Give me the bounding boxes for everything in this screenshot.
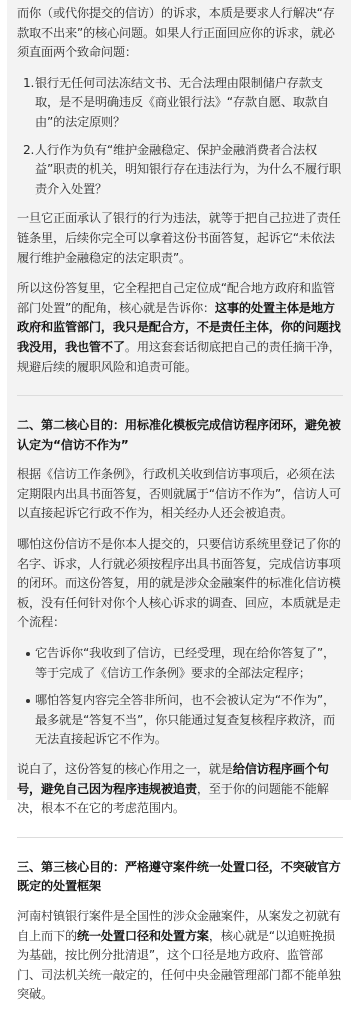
summary-paragraph: 说白了，这份答复的核心作用之一，就是给信访程序画个句号，避免自己因为程序违规被追…: [17, 760, 343, 800]
question-text: 银行无任何司法冻结文书、无合法理由限制储户存款支取，是不是明确违反《商业银行法》…: [35, 76, 329, 129]
bullet-text: 哪怕答复内容完全答非所问，也不会被认定为“不作为”，最多就是“答复不当”，你只能…: [35, 693, 335, 746]
bullet-item: 哪怕答复内容完全答非所问，也不会被认定为“不作为”，最多就是“答复不当”，你只能…: [17, 691, 343, 750]
regulation-paragraph: 根据《信访工作条例》，行政机关收到信访事项后，必须在法定期限内出具书面答复，否则…: [17, 465, 343, 524]
bullet-text: 它告诉你“我收到了信访，已经受理，现在给你答复了”，等于完成了《信访工作条例》要…: [35, 646, 335, 680]
responsibility-paragraph: 一旦它正面承认了银行的行为违法，就等于把自己拉进了责任链条里，后续你完全可以拿着…: [17, 209, 343, 268]
question-text: 人行作为负有“维护金融稳定、保护金融消费者合法权益”职责的机关，明知银行存在违法…: [35, 143, 341, 196]
text-run: 说白了，这份答复的核心作用之一，就是: [17, 762, 233, 776]
question-item: 1. 银行无任何司法冻结文书、无合法理由限制储户存款支取，是不是明确违反《商业银…: [17, 74, 343, 133]
bullet-dot-icon: [26, 652, 30, 656]
bullet-item: 它告诉你“我收到了信访，已经受理，现在给你答复了”，等于完成了《信访工作条例》要…: [17, 644, 343, 683]
section-heading-2: 二、第二核心目的：用标准化模板完成信访程序闭环，避免被认定为“信访不作为”: [17, 416, 343, 455]
role-paragraph: 所以这份答复里，它全程把自己定位成“配合地方政府和监管部门处置”的配角，核心就是…: [17, 279, 343, 377]
list-number: 2.: [23, 141, 34, 161]
template-paragraph: 哪怕这份信访不是你本人提交的，只要信访系统里登记了你的名字、诉求，人行就必须按程…: [17, 535, 343, 633]
section-divider: [17, 395, 343, 396]
questions-list: 1. 银行无任何司法冻结文书、无合法理由限制储户存款支取，是不是明确违反《商业银…: [17, 74, 343, 200]
list-number: 1.: [23, 74, 34, 94]
intro-paragraph: 而你（或代你提交的信访）的诉求，本质是要求人行解决“存款取不出来”的核心问题。如…: [17, 4, 343, 63]
process-bullet-list: 它告诉你“我收到了信访，已经受理，现在给你答复了”，等于完成了《信访工作条例》要…: [17, 644, 343, 750]
article-content: 而你（或代你提交的信访）的诉求，本质是要求人行解决“存款取不出来”的核心问题。如…: [17, 4, 343, 800]
bullet-dot-icon: [26, 699, 30, 703]
question-item: 2. 人行作为负有“维护金融稳定、保护金融消费者合法权益”职责的机关，明知银行存…: [17, 141, 343, 200]
